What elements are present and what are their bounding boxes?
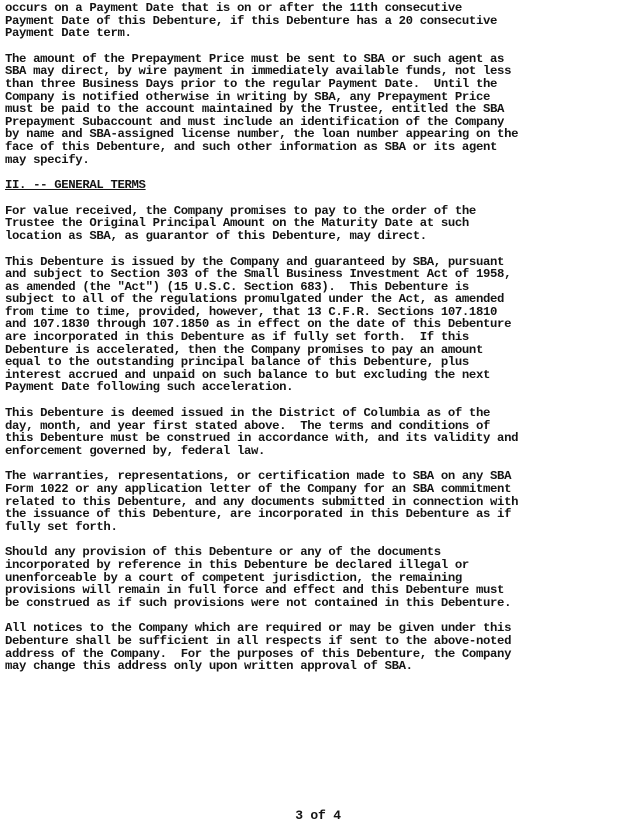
document-page: occurs on a Payment Date that is on or a… — [5, 2, 635, 673]
paragraph-severability: Should any provision of this Debenture o… — [5, 546, 635, 609]
section-heading-general-terms: II. -- GENERAL TERMS — [5, 179, 635, 192]
paragraph-prepayment-timing: occurs on a Payment Date that is on or a… — [5, 2, 635, 40]
page-number: 3 of 4 — [0, 808, 636, 823]
paragraph-issuance: This Debenture is issued by the Company … — [5, 256, 635, 395]
paragraph-warranties: The warranties, representations, or cert… — [5, 470, 635, 533]
paragraph-prepayment-price: The amount of the Prepayment Price must … — [5, 53, 635, 166]
paragraph-jurisdiction: This Debenture is deemed issued in the D… — [5, 407, 635, 457]
paragraph-value-received: For value received, the Company promises… — [5, 205, 635, 243]
paragraph-notices: All notices to the Company which are req… — [5, 622, 635, 672]
